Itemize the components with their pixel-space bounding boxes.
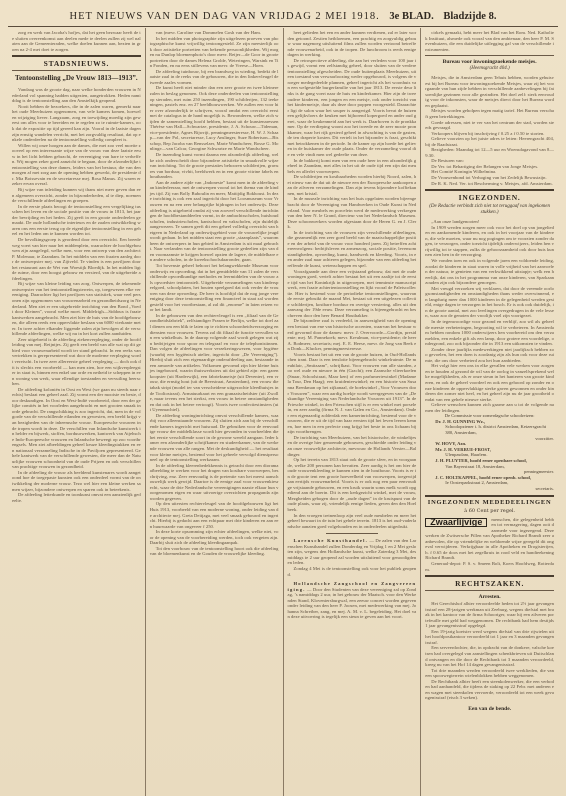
paragraph: In deze korte opsomming zijn echter afde… xyxy=(150,529,279,546)
paragraph: Goede adressen, niet te ver van het cent… xyxy=(425,120,554,131)
columns: zorg en werk van Jacoba's hofjes, dat he… xyxy=(8,28,558,796)
section-head-mededeelingen: INGEZONDEN MEDEDEELINGEN xyxy=(425,499,554,506)
bende-head: Een van de bende. xyxy=(425,706,554,712)
paragraph: Op den uitersten rechtervleugel van de h… xyxy=(150,501,279,529)
paragraph: De afdeeling tuinbouw, bij een brandweg … xyxy=(150,69,279,86)
paragraph: Meisjes worden geholpen tegen matig tari… xyxy=(425,108,554,119)
signature-role: secretaris. xyxy=(425,486,554,492)
paragraph: Het volgt hier een ons in elke gevallen … xyxy=(425,363,554,402)
paragraph: In het midden van photographie zijn uitg… xyxy=(150,36,279,69)
bureau-title: Bureau voor inwoningzoekende meisjes. xyxy=(425,59,554,65)
newspaper-page: HET NIEUWS VAN DEN DAG VAN VRIJDAG 2 MEI… xyxy=(0,0,566,796)
paragraph: De inzending kunst vormt daarna een afzo… xyxy=(150,152,279,180)
paragraph: heet gelieden het een en ander kunnen ve… xyxy=(288,30,417,58)
paragraph: Een serveerdochter, die, in opdracht van… xyxy=(425,645,554,667)
paragraph: Vandaag was de groote dag, naar welke ho… xyxy=(12,87,141,104)
section-rule xyxy=(12,70,141,71)
paragraph: De schilderijen en kostbaarheden worden … xyxy=(288,174,417,196)
ad-depot: Generaal-depot: P. S. v. Smeen Bolt, Koe… xyxy=(425,561,554,572)
rechtszaken-body: Het Gerechtshof alhier veroordeelde hede… xyxy=(425,601,554,701)
section-head-stadsnieuws: STADSNIEUWS. xyxy=(12,59,141,68)
paragraph: De R. K. Ned. Ver. tot Bescherming v. Me… xyxy=(425,181,554,187)
section-rule xyxy=(12,55,141,57)
bureau-body: Meisjes, die in Amsterdam geen Tehuis he… xyxy=(425,75,554,186)
section-rule xyxy=(425,189,554,191)
col1-article-body: Vandaag was de groote dag, naar welke ho… xyxy=(12,87,141,503)
paragraph: De afdeeling koloniën in Oost en West (w… xyxy=(12,387,141,470)
paragraph: Zonder deze jaarlijks medewerkingen niet… xyxy=(425,347,554,364)
mededeelingen-price: à 60 Cent per regel. xyxy=(425,508,554,514)
paragraph: In de afdeeling de vrouw als beeldend ku… xyxy=(12,470,141,492)
notice-larensche-kunsthandel: Larensche Kunsthandel. — De zalen van de… xyxy=(288,538,417,577)
paragraph: In de inrichting van de vrouwen zijn ver… xyxy=(288,230,417,269)
paragraph: We vonden toen en ook in volgende jaren … xyxy=(425,258,554,286)
paragraph: Een 19-jarig koetsier werd wegens diefst… xyxy=(425,629,554,646)
section-head-rechtszaken: RECHTSZAKEN. xyxy=(425,579,554,588)
masthead-rule xyxy=(8,26,558,27)
paragraph: In de tegenwoordige voor gezond en verbl… xyxy=(425,319,554,347)
col4-intro: cirkels gemaakt, hebt meer het Blad van … xyxy=(425,30,554,52)
paragraph: De kunst heeft niet minder dan een zeer … xyxy=(150,85,279,152)
paragraph: De afdeeling letterkunde en toonkunst om… xyxy=(12,492,141,503)
paragraph: Tot den voorbouw van de tentoonstelling … xyxy=(150,546,279,557)
paragraph: Voorts bestaat het uit een van de groote… xyxy=(288,352,417,435)
paragraph: Tot drie maanden werden veroordeeld twee… xyxy=(425,668,554,679)
paragraph: De bijzondere zaal is verdeeld, in aanwe… xyxy=(288,318,417,351)
paragraph: In de bakkerij komt men van een oude hee… xyxy=(288,158,417,175)
masthead-section: 3e BLAD. xyxy=(389,11,433,22)
notice-title: Larensche Kunsthandel. xyxy=(294,538,368,543)
paragraph: De Vrouwenbond tot Verhoging van het Zed… xyxy=(425,175,554,181)
paragraph: In de gebouwen van den rechtervleugel is… xyxy=(150,313,279,413)
masthead-title: HET NIEUWS VAN DEN DAG VAN VRIJDAG 2 MEI… xyxy=(70,11,380,22)
paragraph: Bezigheden: Maandag tot 12—5 uur en Woen… xyxy=(425,147,554,158)
paragraph: Gelieve wenschen kunnen zich gaarne aan … xyxy=(425,402,554,413)
paragraph: De Rechtbank alhier heeft een steenkolen… xyxy=(425,679,554,701)
paragraph: In den vroegen treinenloop zijn veel oud… xyxy=(288,513,417,530)
paragraph: Tot bovenste geheel behoort het belangwe… xyxy=(150,263,279,313)
paragraph: Zeer uitgebreid is de afdeeling ziekenve… xyxy=(12,337,141,387)
advertisement: Zwaarlijvige menschen, die gelegenheid h… xyxy=(425,517,554,572)
paragraph: De bevolkingsgroep is geordend door een … xyxy=(12,237,141,281)
paragraph: De afdeeling woninginrichting omvat vers… xyxy=(150,413,279,463)
paragraph: Nooit hebben de bezoekers, die in de zal… xyxy=(12,104,141,143)
column-1: zorg en werk van Jacoba's hofjes, dat he… xyxy=(8,28,146,796)
column-3: heet gelieden het een en ander kunnen ve… xyxy=(284,28,422,796)
ad-box-zwaarlijvige: Zwaarlijvige xyxy=(425,518,487,528)
paragraph: van (mevr. Caroline van Dommelen Gosh va… xyxy=(150,30,279,36)
paragraph: Meisjes, die in Amsterdam geen Tehuis he… xyxy=(425,75,554,108)
notice-zangschool: Hollandsche Zangschool en Zangvereenigin… xyxy=(288,581,417,620)
paragraph: Voorafgaande aan deze een vrijstaand geb… xyxy=(288,269,417,319)
letter-signatures: De Commissie voor zomerdagsche schoolrei… xyxy=(425,413,554,491)
section-rule xyxy=(425,55,554,56)
paragraph: Het Gerechtshof alhier veroordeelde hede… xyxy=(425,601,554,629)
paragraph: In 1909 werden zorgen meer ook voor het … xyxy=(425,225,554,258)
arresten-head: Arresten. xyxy=(425,594,554,600)
paragraph: De inrichting van Meerhuizen, van het hi… xyxy=(288,435,417,457)
col1-intro: zorg en werk van Jacoba's hofjes, dat he… xyxy=(12,30,141,52)
masthead: HET NIEUWS VAN DEN DAG VAN VRIJDAG 2 MEI… xyxy=(8,10,558,24)
paragraph: Met vreugd verzoeken wij verklaren, dat … xyxy=(425,286,554,319)
paragraph: In de museale inrichting van het huis op… xyxy=(288,196,417,229)
section-rule xyxy=(425,590,554,591)
col3-article-body: heet gelieden het een en ander kunnen ve… xyxy=(288,30,417,529)
paragraph: In de eerste plaats beoogt de tentoonste… xyxy=(12,204,141,237)
paragraph: In de afdeeling kleerenbedekkennis is ge… xyxy=(150,463,279,502)
column-2: van (mevr. Caroline van Dommelen Gosh va… xyxy=(146,28,284,796)
masthead-page-number: Bladzijde 8. xyxy=(443,11,496,22)
paragraph: Bij wijze van inleiding kunnen wij thans… xyxy=(12,187,141,204)
col2-article-body: van (mevr. Caroline van Dommelen Gosh va… xyxy=(150,30,279,557)
paragraph: Op het terrein van 1813 staat ook de gro… xyxy=(288,457,417,512)
bureau-subtitle: (Heemsgracht 404.) xyxy=(425,66,554,72)
paragraph: Gelieve voorzien op het juiste adres te … xyxy=(425,136,554,147)
signature-address: Schoolopziener i. h. district Amsterdam,… xyxy=(425,424,554,435)
paragraph: Willen wij onze hoogen aan de dames, die… xyxy=(12,143,141,187)
article-title-tentoonstelling: Tentoonstelling „De Vrouw 1813—1913”. xyxy=(12,74,141,83)
ingezonden-subtitle: (De Redactie verbindt zich niet tot teru… xyxy=(425,204,554,216)
paragraph: De retrospectieve afdeeling, die aan het… xyxy=(288,58,417,158)
column-4: cirkels gemaakt, hebt meer het Blad van … xyxy=(421,28,558,796)
letter-body: In 1909 werden zorgen meer ook voor het … xyxy=(425,225,554,414)
paragraph: Bij wijze van kleine leiding van zorg. O… xyxy=(12,281,141,336)
section-head-ingezonden: INGEZONDEN. xyxy=(425,193,554,202)
paragraph: Aan de andere zijde van „Indonesie” komt… xyxy=(150,180,279,263)
article-divider xyxy=(326,533,378,534)
section-rule xyxy=(425,575,554,577)
section-rule xyxy=(425,495,554,497)
